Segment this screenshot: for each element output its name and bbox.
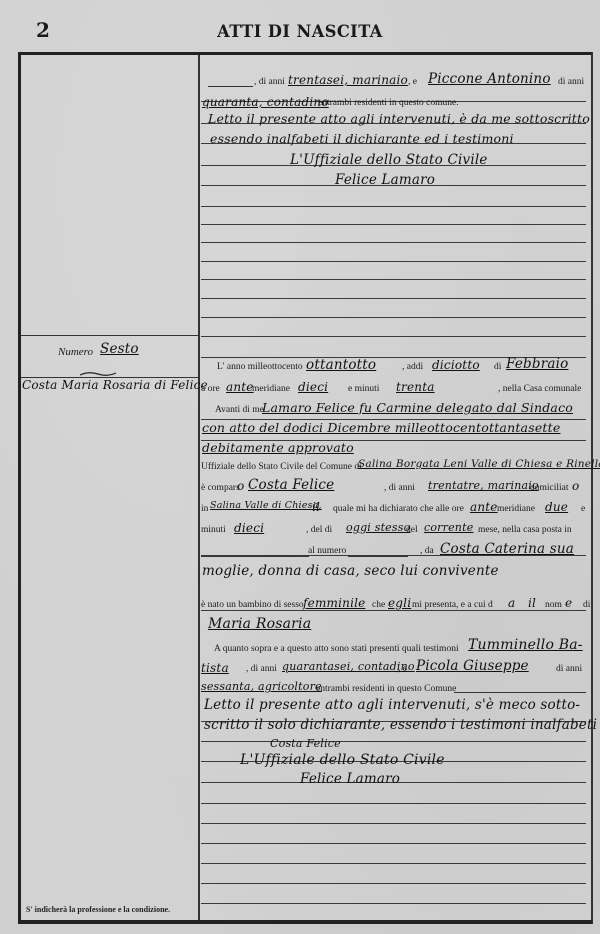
printed-text: e [581, 504, 585, 514]
printed-text: A quanto sopra e a questo atto sono stat… [214, 644, 459, 654]
handwritten-closing: Letto il presente atto agli intervenuti,… [204, 697, 580, 713]
handwritten-ante: ante [226, 380, 254, 394]
ruled-line [201, 298, 586, 299]
official-signature-title: L'Uffiziale dello Stato Civile [290, 152, 488, 168]
handwritten-month: Febbraio [506, 356, 568, 372]
blank-line [208, 86, 253, 87]
ruled-line [201, 224, 586, 225]
declarant-signature: Costa Felice [270, 737, 341, 750]
handwritten-hour: due [545, 500, 568, 514]
handwritten-suffix: o [237, 479, 244, 493]
printed-text: , e [398, 664, 407, 674]
ruled-line [201, 803, 586, 804]
handwritten-ante: ante [470, 500, 498, 514]
blank-line [201, 556, 309, 557]
printed-text: e minuti [348, 384, 379, 394]
printed-text: Avanti di me [215, 405, 264, 415]
printed-text: nom [545, 600, 562, 610]
handwritten-suffix: o [572, 479, 579, 493]
ruled-line [201, 883, 586, 884]
official-signature-name: Felice Lamaro [335, 172, 435, 188]
page-title: ATTI DI NASCITA [15, 22, 585, 42]
printed-text: , del dì [306, 525, 332, 535]
handwritten-day: oggi stesso [346, 521, 410, 534]
handwritten-minutes: dieci [234, 521, 264, 535]
left-column-separator [21, 335, 198, 336]
handwritten-a: a [508, 596, 515, 610]
handwritten-mother: Costa Caterina sua [440, 541, 574, 557]
ruled-line [201, 610, 586, 611]
printed-text: quale mi ha dichiarato che alle ore [333, 504, 464, 514]
handwritten-sex: femminile [303, 596, 365, 610]
handwritten-delegation: con atto del dodici Dicembre milleottoce… [202, 420, 560, 435]
ruled-line [201, 823, 586, 824]
child-name-margin: Costa Maria Rosaria di Felice [22, 378, 208, 392]
blank-line [348, 556, 408, 557]
printed-text: , di anni [246, 664, 277, 674]
printed-text: del [406, 525, 418, 535]
printed-text: , di anni [254, 77, 285, 87]
handwritten-e: e [565, 596, 572, 610]
printed-text: , da [420, 546, 434, 556]
official-signature-title: L'Uffiziale dello Stato Civile [240, 752, 445, 768]
handwritten-witness-name: Piccone Antonino [428, 71, 551, 87]
ruled-line [201, 863, 586, 864]
handwritten-closing: essendo inalfabeti il dichiarante ed i t… [210, 131, 514, 146]
handwritten-egli: egli [388, 596, 411, 610]
printed-text: entrambi residenti in questo comune. [318, 98, 459, 108]
printed-text: a ore [201, 384, 220, 394]
printed-text: di anni [558, 77, 584, 87]
handwritten-comune: Salina Borgata Leni Valle di Chiesa e Ri… [358, 458, 600, 470]
handwritten-age-profession: quarantasei, contadino [282, 660, 415, 673]
footnote: S' indicherà la professione e la condizi… [26, 905, 170, 914]
column-divider [198, 55, 200, 920]
handwritten-il: il [528, 596, 536, 610]
ruled-line [201, 261, 586, 262]
handwritten-age-profession: sessanta, agricoltore [201, 680, 322, 693]
flourish-ornament [80, 371, 116, 377]
handwritten-minutes: trenta [396, 380, 435, 394]
printed-text: che [372, 600, 385, 610]
handwritten-declarant: Costa Felice [248, 477, 334, 493]
official-signature-name: Felice Lamaro [300, 771, 400, 787]
handwritten-officer: Lamaro Felice fu Carmine delegato dal Si… [262, 400, 573, 415]
handwritten-closing: Letto il presente atto agli intervenuti,… [208, 111, 590, 126]
handwritten-approval: debitamente approvato [202, 440, 354, 455]
printed-text: , addì [402, 362, 423, 372]
act-number: Sesto [100, 341, 139, 357]
handwritten-month: corrente [424, 521, 473, 534]
handwritten-child-name: Maria Rosaria [208, 616, 311, 632]
handwritten-age-profession: trentasei, marinaio [288, 73, 408, 87]
ruled-line [201, 741, 586, 742]
handwritten-mother-details: moglie, donna di casa, seco lui conviven… [202, 563, 499, 579]
printed-text: mese, nella casa posta in [478, 525, 572, 535]
printed-text: , e [408, 77, 417, 87]
handwritten-hour: dieci [298, 380, 328, 394]
handwritten-age-profession: trentatre, marinaio [428, 479, 539, 492]
ruled-line [201, 903, 586, 904]
ruled-line [201, 336, 586, 337]
printed-text: meridiane [252, 384, 290, 394]
printed-text: in [201, 504, 208, 514]
handwritten-closing: scritto il solo dichiarante, essendo i t… [204, 717, 597, 733]
printed-text: è nato un bambino di sesso [201, 600, 304, 610]
blank-line [454, 692, 586, 693]
printed-text: domiciliat [530, 483, 569, 493]
printed-text: entrambi residenti in questo Comune [316, 684, 456, 694]
printed-text: minuti [201, 525, 226, 535]
printed-text: di anni [556, 664, 582, 674]
printed-text: Uffiziale dello Stato Civile del Comune … [201, 462, 362, 472]
printed-text: di [494, 362, 501, 372]
printed-text: L' anno milleottocento [217, 362, 303, 372]
printed-text: mi presenta, e a cui d [412, 600, 493, 610]
handwritten-witness1-cont: tista [201, 661, 229, 675]
printed-text: di [583, 600, 590, 610]
ruled-line [201, 317, 586, 318]
printed-text: , di anni [384, 483, 415, 493]
ruled-line [201, 206, 586, 207]
printed-text: , nella Casa comunale [498, 384, 581, 394]
handwritten-age-profession: quaranta, contadino [202, 95, 329, 109]
ruled-line [201, 242, 586, 243]
handwritten-il: il [312, 500, 320, 514]
printed-text: è compars [201, 483, 240, 493]
numero-label: Numero [58, 346, 93, 358]
printed-text: meridiane [497, 504, 535, 514]
handwritten-witness1: Tumminello Ba- [468, 637, 583, 653]
handwritten-residence: Salina Valle di Chiesa, [210, 500, 322, 511]
printed-text: al numero [308, 546, 346, 556]
ruled-line [201, 279, 586, 280]
handwritten-witness2: Picola Giuseppe [416, 658, 529, 674]
ruled-line [201, 843, 586, 844]
handwritten-day: diciotto [432, 358, 480, 372]
handwritten-year: ottantotto [306, 357, 376, 373]
